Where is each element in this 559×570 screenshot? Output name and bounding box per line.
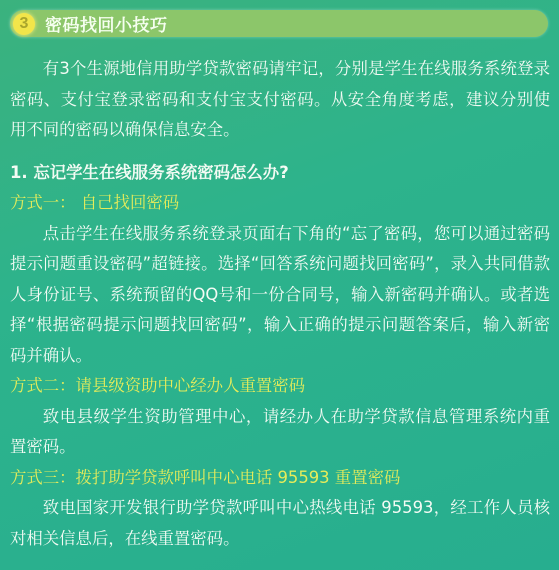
- method-1-text: 点击学生在线服务系统登录页面右下角的“忘了密码，您可以通过密码提示问题重设密码”…: [10, 219, 550, 372]
- method-2-label: 方式二：请县级资助中心经办人重置密码: [10, 371, 550, 402]
- intro-paragraph: 有3个生源地信用助学贷款密码请牢记，分别是学生在线服务系统登录密码、支付宝登录密…: [10, 54, 550, 146]
- method-1-label: 方式一： 自己找回密码: [10, 188, 550, 219]
- question-heading: 1. 忘记学生在线服务系统密码怎么办?: [10, 158, 550, 189]
- article-body: 有3个生源地信用助学贷款密码请牢记，分别是学生在线服务系统登录密码、支付宝登录密…: [10, 54, 550, 554]
- circled-number-badge: 3: [13, 13, 35, 35]
- method-3-text: 致电国家开发银行助学贷款呼叫中心热线电话 95593，经工作人员核对相关信息后，…: [10, 493, 550, 554]
- section-header-bar: 3 密码找回小技巧: [10, 10, 548, 37]
- method-2-text: 致电县级学生资助管理中心，请经办人在助学贷款信息管理系统内重置密码。: [10, 402, 550, 463]
- section-title: 密码找回小技巧: [45, 11, 168, 36]
- method-3-label: 方式三：拨打助学贷款呼叫中心电话 95593 重置密码: [10, 463, 550, 494]
